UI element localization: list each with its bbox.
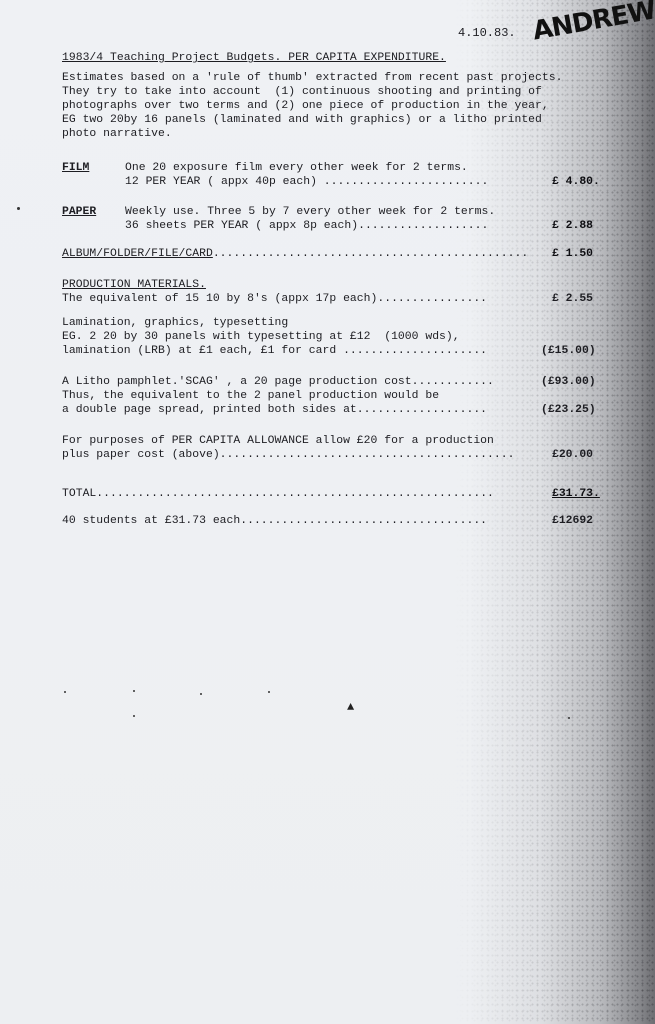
total-dots: ........................................… <box>96 488 494 500</box>
stray-mark <box>268 691 270 693</box>
total-label: TOTAL <box>62 488 96 500</box>
intro-line-2: They try to take into account (1) contin… <box>62 85 542 99</box>
stray-mark <box>568 717 570 719</box>
album-dots: ........................................… <box>213 248 528 260</box>
intro-line-1: Estimates based on a 'rule of thumb' ext… <box>62 71 562 85</box>
production-heading: PRODUCTION MATERIALS. <box>62 278 206 292</box>
handwritten-signature: ANDREW <box>530 0 655 47</box>
litho-pamphlet: A Litho pamphlet.'SCAG' , a 20 page prod… <box>62 375 494 389</box>
stray-mark <box>200 693 202 695</box>
litho-spread-amount: (£23.25) <box>541 403 596 417</box>
film-label: FILM <box>62 161 89 175</box>
allowance-description: For purposes of PER CAPITA ALLOWANCE all… <box>62 434 494 448</box>
intro-line-5: photo narrative. <box>62 127 172 141</box>
allowance-paper: plus paper cost (above).................… <box>62 448 514 462</box>
album-label: ALBUM/FOLDER/FILE/CARD <box>62 248 213 260</box>
intro-line-3: photographs over two terms and (2) one p… <box>62 99 549 113</box>
caret-mark: ▲ <box>347 700 354 714</box>
film-quantity: 12 PER YEAR ( appx 40p each) ...........… <box>125 175 488 189</box>
production-example: EG. 2 20 by 30 panels with typesetting a… <box>62 330 460 344</box>
intro-line-4: EG two 20by 16 panels (laminated and wit… <box>62 113 542 127</box>
production-lamination-amount: (£15.00) <box>541 344 596 358</box>
document-page: 4.10.83. ANDREW 1983/4 Teaching Project … <box>0 0 655 1024</box>
film-description: One 20 exposure film every other week fo… <box>125 161 468 175</box>
total-row: TOTAL...................................… <box>62 487 494 501</box>
students-line: 40 students at £31.73 each..............… <box>62 514 487 528</box>
stray-mark <box>17 207 20 210</box>
paper-amount: £ 2.88 <box>552 219 593 233</box>
paper-description: Weekly use. Three 5 by 7 every other wee… <box>125 205 495 219</box>
litho-pamphlet-amount: (£93.00) <box>541 375 596 389</box>
litho-spread: a double page spread, printed both sides… <box>62 403 487 417</box>
production-prints: The equivalent of 15 10 by 8's (appx 17p… <box>62 292 487 306</box>
paper-label: PAPER <box>62 205 96 219</box>
document-title: 1983/4 Teaching Project Budgets. PER CAP… <box>62 51 446 65</box>
litho-equivalent: Thus, the equivalent to the 2 panel prod… <box>62 389 439 403</box>
allowance-amount: £20.00 <box>552 448 593 462</box>
students-amount: £12692 <box>552 514 593 528</box>
album-amount: £ 1.50 <box>552 247 593 261</box>
film-amount: £ 4.80. <box>552 175 600 189</box>
stray-mark <box>133 715 135 717</box>
paper-quantity: 36 sheets PER YEAR ( appx 8p each)......… <box>125 219 488 233</box>
stray-mark <box>133 690 135 692</box>
album-row: ALBUM/FOLDER/FILE/CARD..................… <box>62 247 528 261</box>
photocopy-shadow <box>455 0 655 1024</box>
total-amount: £31.73. <box>552 487 600 501</box>
document-date: 4.10.83. <box>458 26 516 40</box>
production-prints-amount: £ 2.55 <box>552 292 593 306</box>
production-lamination-cost: lamination (LRB) at £1 each, £1 for card… <box>62 344 487 358</box>
stray-mark <box>64 691 66 693</box>
production-lamination: Lamination, graphics, typesetting <box>62 316 288 330</box>
